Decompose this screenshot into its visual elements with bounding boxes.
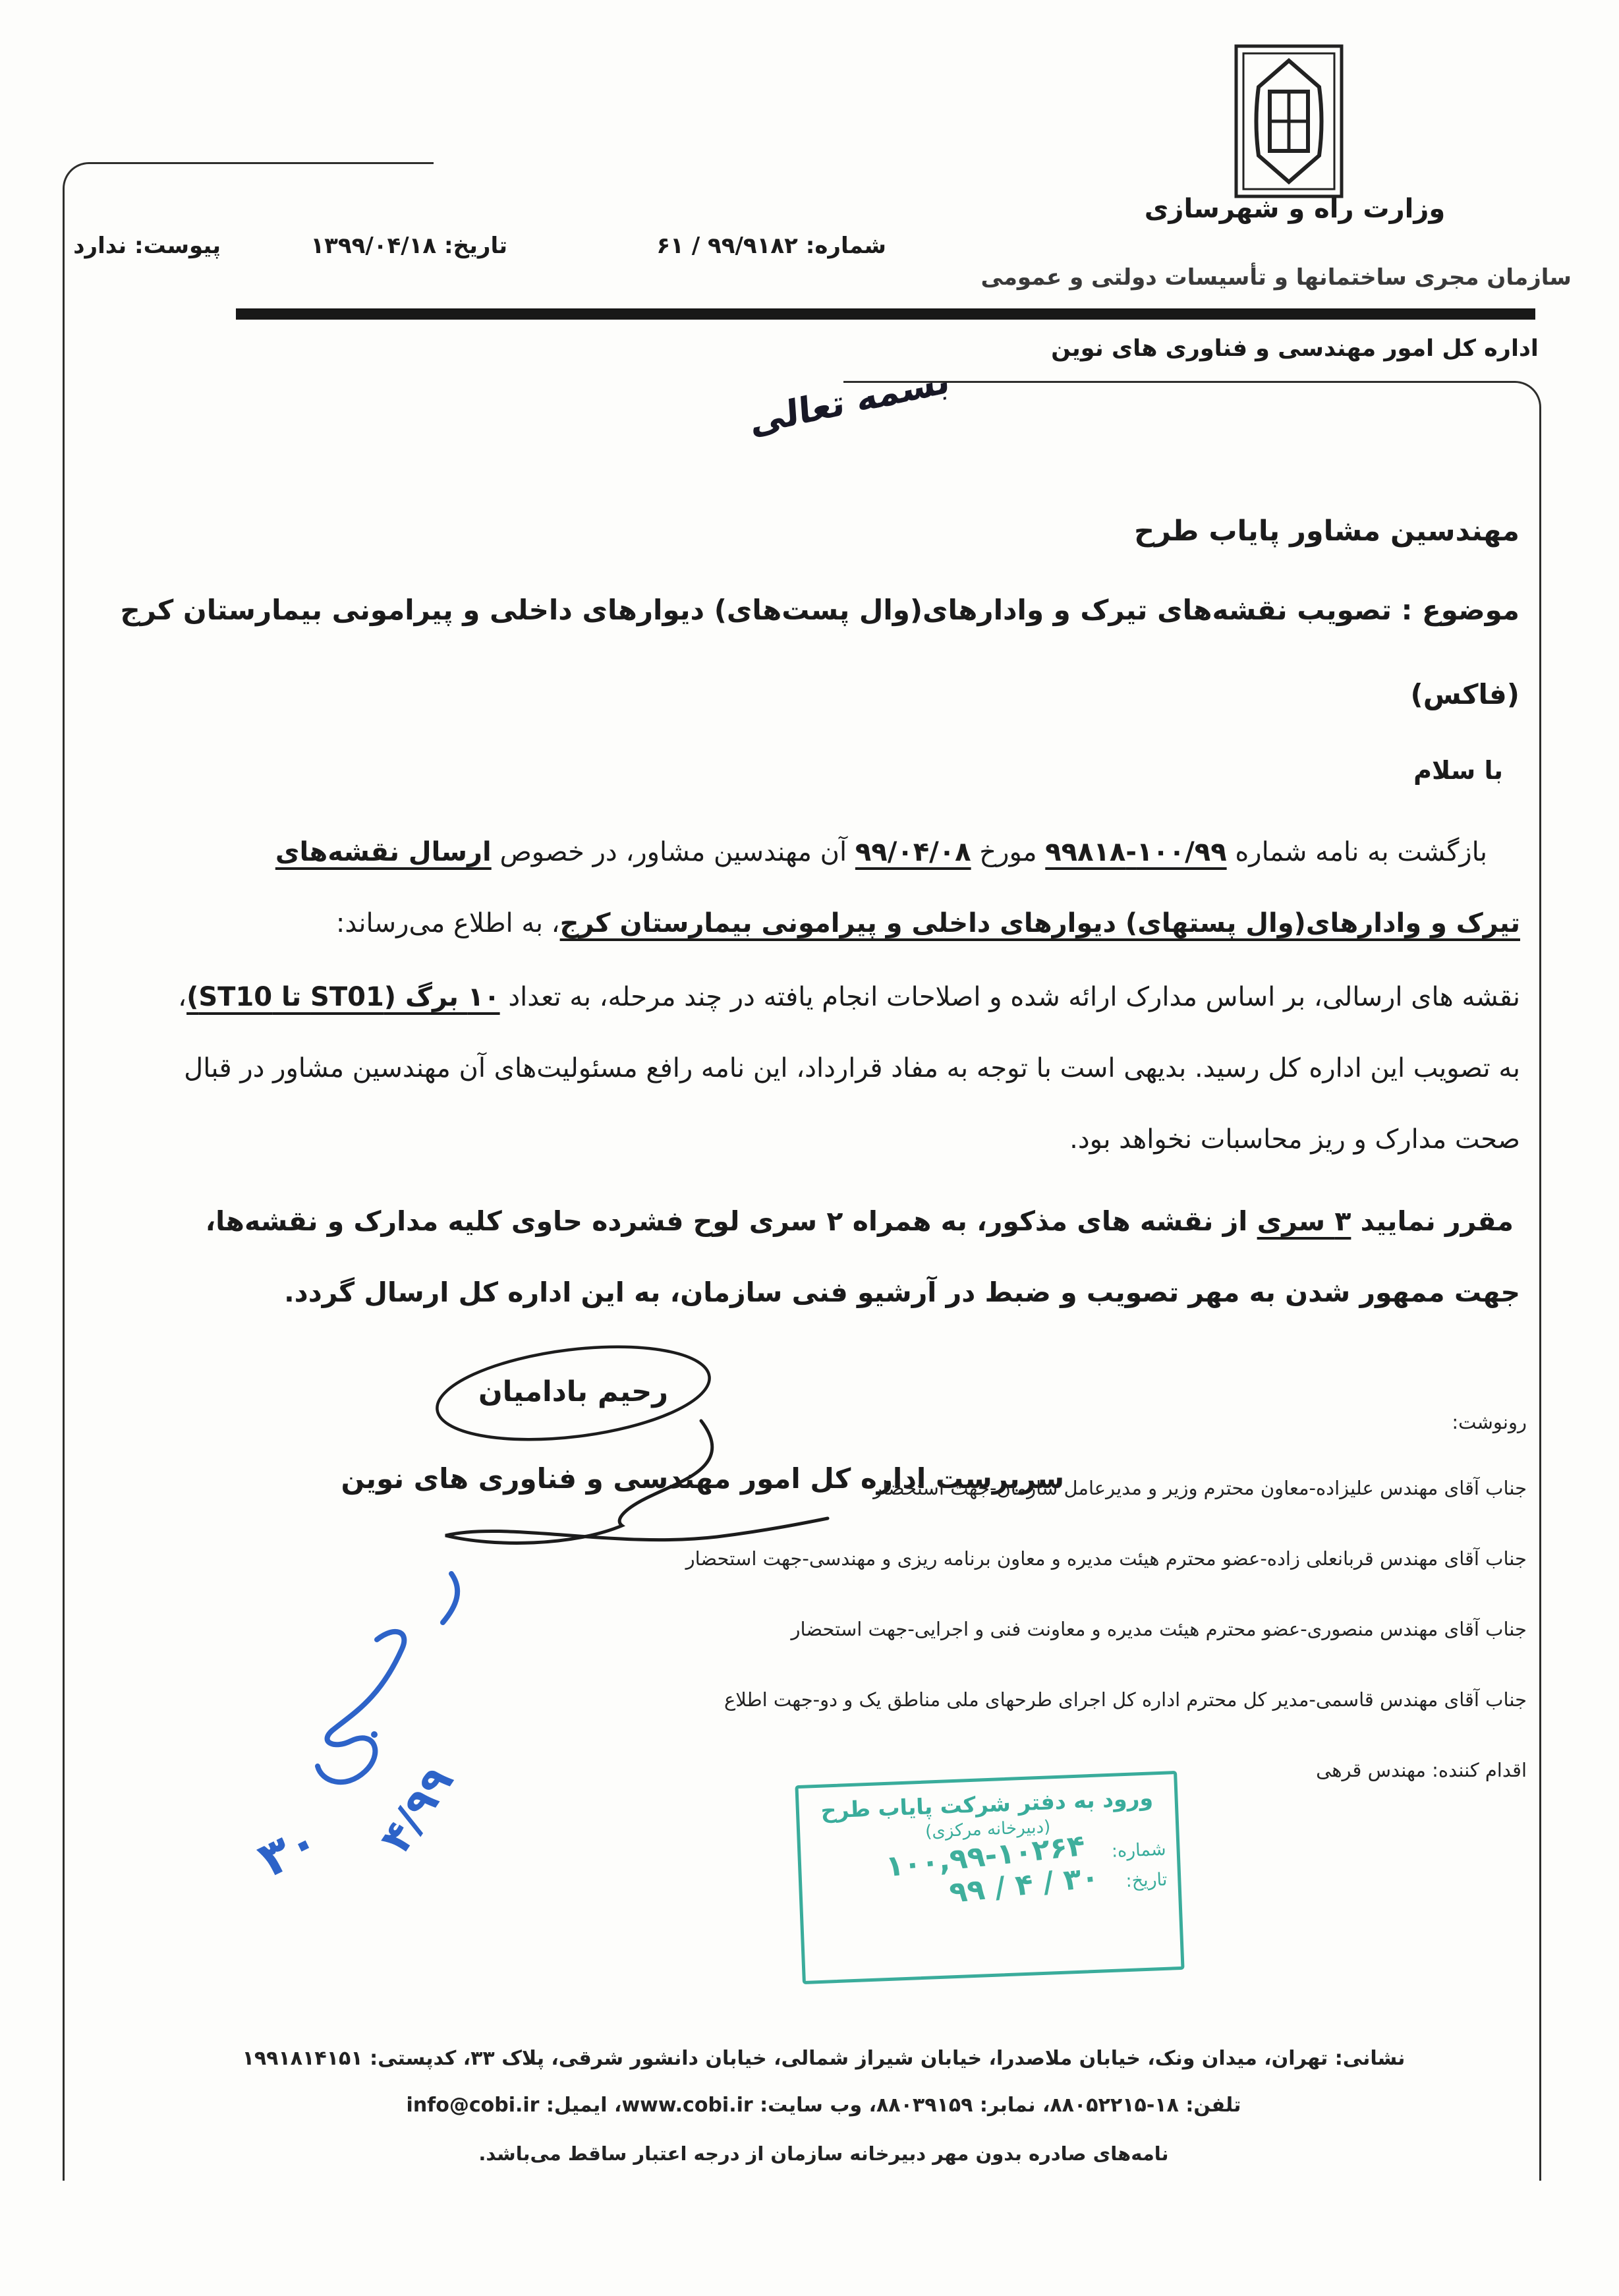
p1-text-mid2: آن مهندسین مشاور، در خصوص xyxy=(492,837,855,867)
signer-name: رحیم بادامیان xyxy=(422,1375,725,1410)
series-count-emphasis: ۳ سری xyxy=(1257,1205,1351,1237)
handwritten-note-rest: ۴/۹۹ xyxy=(371,1758,463,1862)
via-fax-line: (فاکس) xyxy=(1411,677,1520,712)
paragraph3-line2: جهت ممهور شدن به مهر تصویب و ضبط در آرشی… xyxy=(284,1276,1520,1309)
footer-validity-note: نامه‌های صادره بدون مهر دبیرخانه سازمان … xyxy=(145,2142,1502,2166)
p1-emphasis-2: تیرک و وادارهای(وال پستهای) دیوارهای داخ… xyxy=(560,908,1520,938)
paragraph1-line1: بازگشت به نامه شماره ۱۰۰/۹۹-۹۹۸۱۸ مورخ ۹… xyxy=(275,836,1487,869)
paragraph2-line2: به تصویب این اداره کل رسید. بدیهی است با… xyxy=(184,1052,1520,1085)
paragraph2-line1: نقشه های ارسالی، بر اساس مدارک ارائه شده… xyxy=(178,981,1520,1014)
letter-number: شماره: ۹۹/۹۱۸۲ / ۶۱ xyxy=(656,232,886,260)
recipient-line: مهندسین مشاور پایاب طرح xyxy=(1134,514,1520,550)
p3-text: مقرر نمایید xyxy=(1351,1205,1514,1237)
referenced-letter-date: ۹۹/۰۴/۰۸ xyxy=(855,837,971,867)
letterhead-ministry: وزارت راه و شهرسازی xyxy=(1018,192,1572,225)
salutation: با سلام xyxy=(1413,755,1503,787)
p1-text: بازگشت به نامه شماره xyxy=(1227,837,1487,867)
p1-text-end: ، به اطلاع می‌رساند: xyxy=(336,908,560,938)
footer-address: نشانی: تهران، میدان ونک، خیابان ملاصدرا،… xyxy=(145,2046,1502,2071)
letter-page: وزارت راه و شهرسازی سازمان مجری ساختمانه… xyxy=(0,0,1619,2296)
cc-item-1: جناب آقای مهندس علیزاده-معاون محترم وزیر… xyxy=(873,1476,1527,1500)
letterhead-organization: سازمان مجری ساختمانها و تأسیسات دولتی و … xyxy=(1018,264,1572,292)
p2-text: نقشه های ارسالی، بر اساس مدارک ارائه شده… xyxy=(500,982,1520,1012)
paragraph1-line2: تیرک و وادارهای(وال پستهای) دیوارهای داخ… xyxy=(336,907,1520,940)
paragraph3-line1: مقرر نمایید ۳ سری از نقشه های مذکور، به … xyxy=(206,1205,1514,1238)
handwritten-note-day: ۳۰ xyxy=(250,1812,328,1878)
stamp-number-label: شماره: xyxy=(1111,1839,1166,1863)
handwritten-note: ۴/۹۹ ۳۰ xyxy=(178,1562,547,1878)
letterhead-department: اداره کل امور مهندسی و فناوری های نوین xyxy=(1018,335,1572,364)
cc-item-4: جناب آقای مهندس قاسمی-مدیر کل محترم ادار… xyxy=(724,1688,1527,1711)
signature-scribble xyxy=(356,1325,883,1575)
subject-line: موضوع : تصویب نقشه‌های تیرک و وادارهای(و… xyxy=(120,593,1520,628)
p2-text-end: ، xyxy=(178,982,186,1012)
sheet-count-emphasis: ۱۰ برگ (ST01 تا ST10) xyxy=(186,982,500,1012)
paragraph2-line3: صحت مدارک و ریز محاسبات نخواهد بود. xyxy=(1069,1123,1520,1156)
cc-handler: اقدام کننده: مهندس قرهی xyxy=(1316,1758,1527,1782)
receipt-stamp: ورود به دفتر شرکت پایاب طرح (دبیرخانه مر… xyxy=(795,1771,1184,1984)
cc-item-2: جناب آقای مهندس قربانعلی زاده-عضو محترم … xyxy=(686,1547,1527,1570)
stamp-date-label: تاریخ: xyxy=(1125,1869,1168,1893)
p3-text-end: از نقشه های مذکور، به همراه ۲ سری لوح فش… xyxy=(206,1205,1257,1237)
ministry-emblem-logo xyxy=(1234,43,1344,199)
p1-emphasis: ارسال نقشه‌های xyxy=(275,837,492,867)
footer-contact: تلفن: ۱۸-۸۸۰۵۲۲۱۵، نمابر: ۸۸۰۳۹۱۵۹، وب س… xyxy=(145,2093,1502,2118)
cc-item-3: جناب آقای مهندس منصوری-عضو محترم هیئت مد… xyxy=(791,1617,1527,1641)
header-separator-line xyxy=(236,308,1535,320)
cc-label: رونوشت: xyxy=(1452,1410,1527,1434)
p1-text-mid: مورخ xyxy=(971,837,1046,867)
referenced-letter-number: ۱۰۰/۹۹-۹۹۸۱۸ xyxy=(1045,837,1226,867)
